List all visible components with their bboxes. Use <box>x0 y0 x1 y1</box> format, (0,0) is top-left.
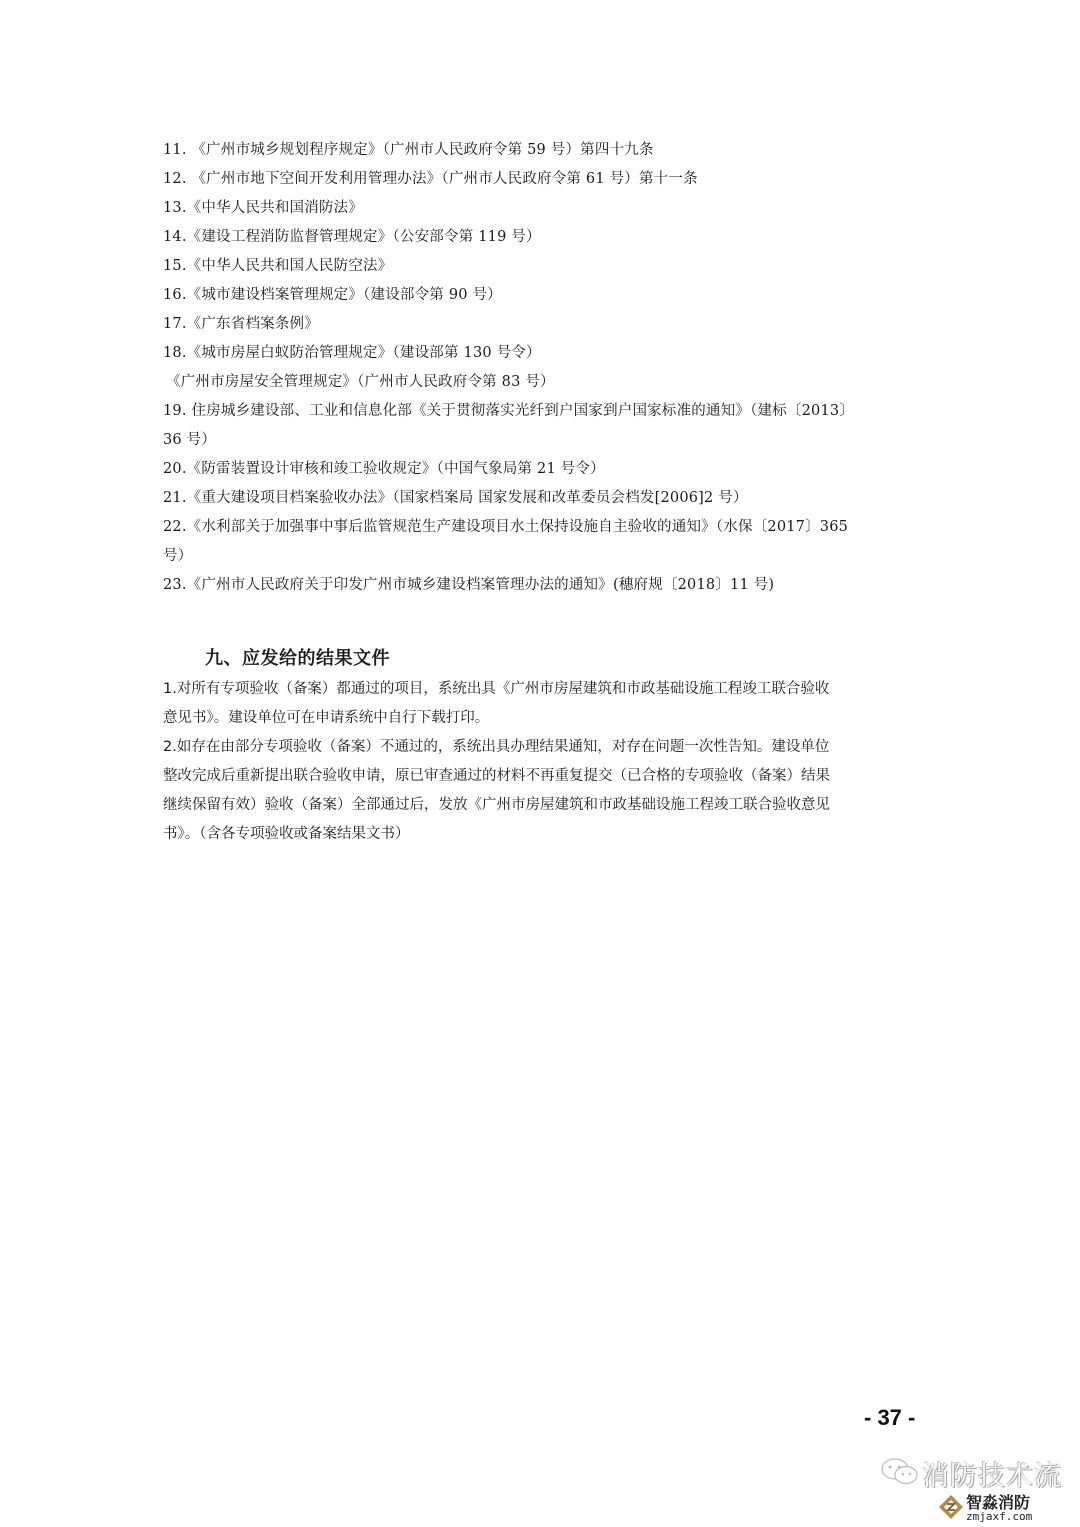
reference-item-20: 20.《防雷装置设计审核和竣工验收规定》（中国气象局第 21 号令） <box>163 455 933 484</box>
reference-item-14: 14.《建设工程消防监督管理规定》（公安部令第 119 号） <box>163 223 933 252</box>
reference-item-18b: 《广州市房屋安全管理规定》（广州市人民政府令第 83 号） <box>163 368 933 397</box>
reference-item-16: 16.《城市建设档案管理规定》（建设部令第 90 号） <box>163 281 933 310</box>
reference-item-15: 15.《中华人民共和国人民防空法》 <box>163 252 933 281</box>
section-title: 九、应发给的结果文件 <box>205 644 390 670</box>
brand-url: zmjaxf.com <box>966 1510 1032 1523</box>
paragraph-line: 继续保留有效）验收（备案）全部通过后，发放《广州市房屋建筑和市政基础设施工程竣工… <box>163 791 933 820</box>
watermark-channel-name: 消防技术流 <box>922 1454 1062 1493</box>
paragraph-line: 意见书》。建设单位可在申请系统中自行下载打印。 <box>163 704 933 733</box>
paragraph-1: 1.对所有专项验收（备案）都通过的项目，系统出具《广州市房屋建筑和市政基础设施工… <box>163 675 933 733</box>
paragraph-line: 书》。（含各专项验收或备案结果文书） <box>163 820 933 849</box>
paragraph-line: 1.对所有专项验收（备案）都通过的项目，系统出具《广州市房屋建筑和市政基础设施工… <box>163 675 933 704</box>
watermark: 消防技术流 智淼消防 zmjaxf.com <box>880 1450 1080 1527</box>
page-number: - 37 - <box>864 1405 915 1431</box>
reference-item-22-continuation: 号） <box>163 542 933 571</box>
reference-item-23: 23.《广州市人民政府关于印发广州市城乡建设档案管理办法的通知》(穗府规〔201… <box>163 571 933 600</box>
reference-item-22: 22.《水利部关于加强事中事后监管规范生产建设项目水土保持设施自主验收的通知》（… <box>163 513 933 542</box>
reference-item-17: 17.《广东省档案条例》 <box>163 310 933 339</box>
paragraph-2: 2.如存在由部分专项验收（备案）不通过的，系统出具办理结果通知，对存在问题一次性… <box>163 733 933 849</box>
brand-logo-icon <box>938 1494 964 1520</box>
reference-item-12: 12. 《广州市地下空间开发利用管理办法》（广州市人民政府令第 61 号）第十一… <box>163 165 933 194</box>
result-documents-section: 1.对所有专项验收（备案）都通过的项目，系统出具《广州市房屋建筑和市政基础设施工… <box>163 675 933 849</box>
wechat-icon <box>880 1456 920 1488</box>
reference-list: 11. 《广州市城乡规划程序规定》（广州市人民政府令第 59 号）第四十九条 1… <box>163 136 933 600</box>
reference-item-13: 13.《中华人民共和国消防法》 <box>163 194 933 223</box>
reference-item-11: 11. 《广州市城乡规划程序规定》（广州市人民政府令第 59 号）第四十九条 <box>163 136 933 165</box>
reference-item-19-continuation: 36 号） <box>163 426 933 455</box>
reference-item-18: 18.《城市房屋白蚁防治管理规定》（建设部第 130 号令） <box>163 339 933 368</box>
paragraph-line: 2.如存在由部分专项验收（备案）不通过的，系统出具办理结果通知，对存在问题一次性… <box>163 733 933 762</box>
paragraph-line: 整改完成后重新提出联合验收申请，原已审查通过的材料不再重复提交（已合格的专项验收… <box>163 762 933 791</box>
reference-item-21: 21.《重大建设项目档案验收办法》（国家档案局 国家发展和改革委员会档发[200… <box>163 484 933 513</box>
reference-item-19: 19. 住房城乡建设部、工业和信息化部《关于贯彻落实光纤到户国家到户国家标准的通… <box>163 397 933 426</box>
